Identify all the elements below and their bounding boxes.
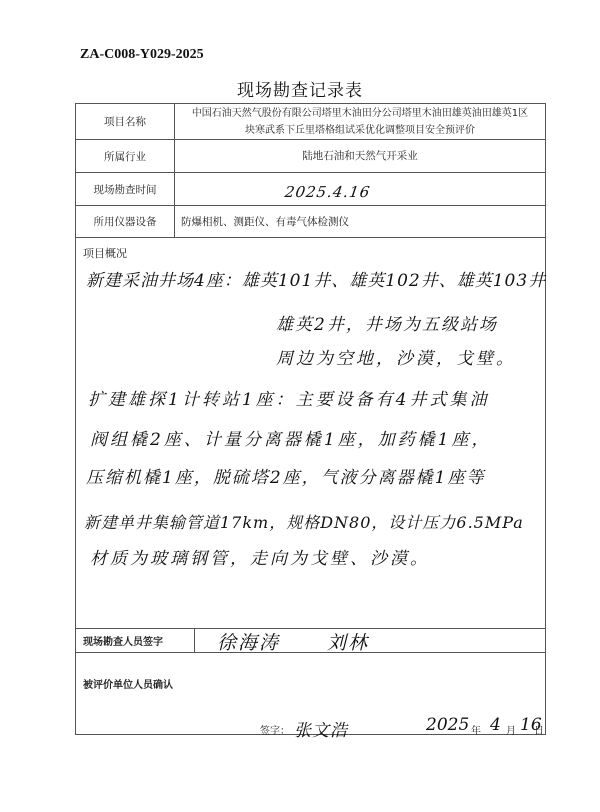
overview-line-4: 扩建雄探1计转站1座：主要设备有4井式集油 xyxy=(88,385,489,410)
year-unit: 年 xyxy=(471,722,481,737)
industry-value: 陆地石油和天然气开采业 xyxy=(175,140,545,172)
project-name-line-1: 中国石油天然气股份有限公司塔里木油田分公司塔里木油田雄英油田雄英1区 xyxy=(192,105,528,122)
confirmation-label: 被评价单位人员确认 xyxy=(83,676,173,691)
survey-date-handwritten: 2025.4.16 xyxy=(284,183,372,201)
industry-label: 所属行业 xyxy=(76,140,175,172)
project-name-value: 中国石油天然气股份有限公司塔里木油田分公司塔里木油田雄英油田雄英1区 块寒武系下… xyxy=(175,104,545,139)
survey-time-value: 2025.4.16 xyxy=(175,173,545,205)
equipment-value: 防爆相机、测距仪、有毒气体检测仪 xyxy=(175,206,545,237)
surveyor-signature-2: 刘林 xyxy=(327,628,369,655)
row-surveyor-signature: 现场勘查人员签字 徐海涛 刘林 xyxy=(76,629,545,653)
surveyor-signature-1: 徐海涛 xyxy=(217,628,280,655)
surveyor-signature-label: 现场勘查人员签字 xyxy=(76,629,195,652)
sign-prefix: 签字： xyxy=(260,722,290,737)
document-code: ZA-C008-Y029-2025 xyxy=(80,47,204,63)
project-name-label: 项目名称 xyxy=(76,104,175,139)
row-overview: 项目概况 新建采油井场4座：雄英101井、雄英102井、雄英103井 雄英2井，… xyxy=(76,238,545,629)
confirmation-signer-handwritten: 张文浩 xyxy=(294,716,348,741)
day-unit: 日 xyxy=(534,722,544,737)
overview-line-7: 新建单井集输管道17km，规格DN80，设计压力6.5MPa xyxy=(84,510,524,533)
row-confirmation: 被评价单位人员确认 签字： 张文浩 2025 年 4 月 16 日 xyxy=(76,653,545,735)
overview-line-6: 压缩机橇1座，脱硫塔2座，气液分离器橇1座等 xyxy=(86,463,485,488)
document-title: 现场勘查记录表 xyxy=(0,76,600,101)
surveyor-signature-value: 徐海涛 刘林 xyxy=(195,629,545,652)
project-name-line-2: 块寒武系下丘里塔格组试采优化调整项目安全预评价 xyxy=(245,122,475,139)
row-equipment: 所用仪器设备 防爆相机、测距仪、有毒气体检测仪 xyxy=(76,206,545,238)
row-project-name: 项目名称 中国石油天然气股份有限公司塔里木油田分公司塔里木油田雄英油田雄英1区 … xyxy=(76,104,545,140)
overview-line-3: 周边为空地，沙漠，戈壁。 xyxy=(276,344,516,369)
month-unit: 月 xyxy=(506,722,516,737)
overview-line-8: 材质为玻璃钢管，走向为戈壁、沙漠。 xyxy=(90,544,430,569)
overview-line-5: 阀组橇2座、计量分离器橇1座，加药橇1座， xyxy=(90,425,491,450)
survey-time-label: 现场勘查时间 xyxy=(76,173,175,205)
survey-record-form: 项目名称 中国石油天然气股份有限公司塔里木油田分公司塔里木油田雄英油田雄英1区 … xyxy=(75,103,546,735)
overview-line-1: 新建采油井场4座：雄英101井、雄英102井、雄英103井 xyxy=(86,266,546,291)
confirmation-month-handwritten: 4 xyxy=(490,715,501,735)
row-industry: 所属行业 陆地石油和天然气开采业 xyxy=(76,140,545,173)
overview-line-2: 雄英2井，井场为五级站场 xyxy=(276,310,498,335)
confirmation-year-handwritten: 2025 xyxy=(426,715,469,735)
row-survey-time: 现场勘查时间 2025.4.16 xyxy=(76,173,545,206)
overview-label: 项目概况 xyxy=(83,245,127,261)
equipment-label: 所用仪器设备 xyxy=(76,206,175,237)
